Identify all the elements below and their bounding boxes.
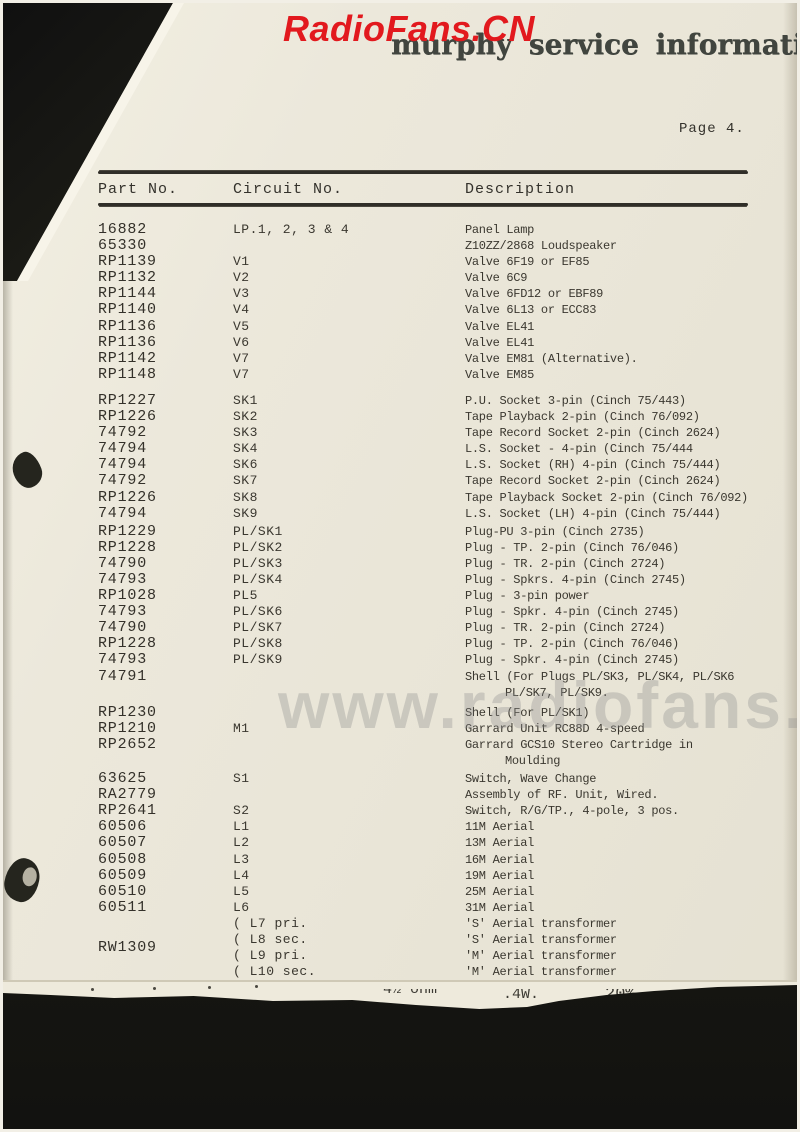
table-row: ( L9 pri.'M' Aerial transformer	[98, 948, 778, 964]
table-row: 74793PL/SK4Plug - Spkrs. 4-pin (Cinch 27…	[98, 572, 778, 588]
part-no-cell: RP1132	[98, 270, 228, 286]
description-cell: Tape Record Socket 2-pin (Cinch 2624)	[465, 425, 765, 441]
description-cell: 'M' Aerial transformer	[465, 964, 765, 980]
part-no-cell: 74790	[98, 620, 228, 636]
description-cell: Switch, R/G/TP., 4-pole, 3 pos.	[465, 803, 765, 819]
table-row: RP1136V6Valve EL41	[98, 335, 778, 351]
circuit-no-cell: PL/SK8	[233, 636, 458, 652]
part-no-cell: 74793	[98, 652, 228, 668]
table-row: RP1226SK2Tape Playback 2-pin (Cinch 76/0…	[98, 409, 778, 425]
table-row: RA2779Assembly of RF. Unit, Wired.	[98, 787, 778, 803]
part-no-cell: 74793	[98, 604, 228, 620]
description-cell: Valve EL41	[465, 319, 765, 335]
table-row: 74792SK3Tape Record Socket 2-pin (Cinch …	[98, 425, 778, 441]
description-cell: L.S. Socket (LH) 4-pin (Cinch 75/444)	[465, 506, 765, 522]
part-no-cell: RP1226	[98, 490, 228, 506]
circuit-no-cell: ( L9 pri.	[233, 948, 458, 964]
table-row: 16882LP.1, 2, 3 & 4Panel Lamp	[98, 222, 778, 238]
description-cell: P.U. Socket 3-pin (Cinch 75/443)	[465, 393, 765, 409]
part-no-cell: RP2641	[98, 803, 228, 819]
part-no-cell: 74792	[98, 473, 228, 489]
circuit-no-cell: V7	[233, 367, 458, 383]
circuit-no-cell: M1	[233, 721, 458, 737]
circuit-no-cell: SK9	[233, 506, 458, 522]
table-row: RP1142V7Valve EM81 (Alternative).	[98, 351, 778, 367]
table-row: RP1230Shell (For PL/SK1)	[98, 705, 778, 721]
description-cell: Plug - Spkrs. 4-pin (Cinch 2745)	[465, 572, 765, 588]
description-cell: Valve EL41	[465, 335, 765, 351]
part-no-cell: RP1148	[98, 367, 228, 383]
circuit-no-cell: PL/SK6	[233, 604, 458, 620]
table-row: RP1139V1Valve 6F19 or EF85	[98, 254, 778, 270]
description-cell: 13M Aerial	[465, 835, 765, 851]
description-cell: Plug - TR. 2-pin (Cinch 2724)	[465, 620, 765, 636]
table-row: 60509L419M Aerial	[98, 868, 778, 884]
description-cell: 31M Aerial	[465, 900, 765, 916]
part-no-cell: RP1226	[98, 409, 228, 425]
part-no-cell: RP1228	[98, 636, 228, 652]
description-cell: Plug - 3-pin power	[465, 588, 765, 604]
table-header-rule	[98, 203, 748, 206]
part-no-cell: 74791	[98, 669, 228, 685]
description-cell: Valve EM81 (Alternative).	[465, 351, 765, 367]
part-no-cell: 60507	[98, 835, 228, 851]
circuit-no-cell: PL/SK4	[233, 572, 458, 588]
part-no-cell: 60509	[98, 868, 228, 884]
description-cell: Valve 6L13 or ECC83	[465, 302, 765, 318]
description-cell: Plug - Spkr. 4-pin (Cinch 2745)	[465, 652, 765, 668]
circuit-no-cell: L1	[233, 819, 458, 835]
table-row: 65330Z10ZZ/2868 Loudspeaker	[98, 238, 778, 254]
circuit-no-cell: ( L7 pri.	[233, 916, 458, 932]
part-no-cell: RP1210	[98, 721, 228, 737]
description-cell: Garrard GCS10 Stereo Cartridge in	[465, 737, 765, 753]
part-no-cell: RP1144	[98, 286, 228, 302]
table-row: 74794SK9L.S. Socket (LH) 4-pin (Cinch 75…	[98, 506, 778, 522]
description-cell: Assembly of RF. Unit, Wired.	[465, 787, 765, 803]
table-row: 74793PL/SK9Plug - Spkr. 4-pin (Cinch 274…	[98, 652, 778, 668]
description-cell: Tape Playback 2-pin (Cinch 76/092)	[465, 409, 765, 425]
speck	[255, 985, 258, 988]
table-row: RP1229PL/SK1Plug-PU 3-pin (Cinch 2735)	[98, 524, 778, 540]
description-cell: Valve 6FD12 or EBF89	[465, 286, 765, 302]
partial-value-ohm: 4½ ohm	[383, 989, 437, 998]
table-row: 74790PL/SK3Plug - TR. 2-pin (Cinch 2724)	[98, 556, 778, 572]
part-no-cell: 74792	[98, 425, 228, 441]
circuit-no-cell: V4	[233, 302, 458, 318]
description-cell: Switch, Wave Change	[465, 771, 765, 787]
circuit-no-cell: PL5	[233, 588, 458, 604]
table-row: RP1228PL/SK2Plug - TP. 2-pin (Cinch 76/0…	[98, 540, 778, 556]
part-no-cell: 60508	[98, 852, 228, 868]
table-row: 74792SK7Tape Record Socket 2-pin (Cinch …	[98, 473, 778, 489]
table-row: RP2652Garrard GCS10 Stereo Cartridge in	[98, 737, 778, 753]
table-row: 74794SK6L.S. Socket (RH) 4-pin (Cinch 75…	[98, 457, 778, 473]
part-no-cell: 74794	[98, 457, 228, 473]
table-row: ( L10 sec.'M' Aerial transformer	[98, 964, 778, 980]
part-no-cell: 74793	[98, 572, 228, 588]
part-no-cell: 63625	[98, 771, 228, 787]
part-no-cell: 74794	[98, 506, 228, 522]
circuit-no-cell: S2	[233, 803, 458, 819]
table-row: ( L7 pri.'S' Aerial transformer	[98, 916, 778, 932]
circuit-no-cell: LP.1, 2, 3 & 4	[233, 222, 458, 238]
circuit-no-cell: V1	[233, 254, 458, 270]
hole-punch-top	[8, 448, 47, 491]
description-cell: Plug - TP. 2-pin (Cinch 76/046)	[465, 636, 765, 652]
circuit-no-cell: PL/SK1	[233, 524, 458, 540]
table-row: RP1136V5Valve EL41	[98, 319, 778, 335]
circuit-no-cell: ( L8 sec.	[233, 932, 458, 948]
part-no-cell: 74794	[98, 441, 228, 457]
description-cell: 11M Aerial	[465, 819, 765, 835]
table-row: RP1140V4Valve 6L13 or ECC83	[98, 302, 778, 318]
part-no-cell: 74790	[98, 556, 228, 572]
table-row: RP1210M1Garrard Unit RC88D 4-speed	[98, 721, 778, 737]
circuit-no-cell: SK7	[233, 473, 458, 489]
circuit-no-cell: V5	[233, 319, 458, 335]
table-row: 60506L111M Aerial	[98, 819, 778, 835]
part-no-cell: RP1229	[98, 524, 228, 540]
table-row: RP1144V3Valve 6FD12 or EBF89	[98, 286, 778, 302]
circuit-no-cell: S1	[233, 771, 458, 787]
table-row: 74794SK4L.S. Socket - 4-pin (Cinch 75/44…	[98, 441, 778, 457]
table-row: 60511L631M Aerial	[98, 900, 778, 916]
description-cell: Z10ZZ/2868 Loudspeaker	[465, 238, 765, 254]
table-row: RP1228PL/SK8Plug - TP. 2-pin (Cinch 76/0…	[98, 636, 778, 652]
circuit-no-cell: SK1	[233, 393, 458, 409]
table-row: 74790PL/SK7Plug - TR. 2-pin (Cinch 2724)	[98, 620, 778, 636]
table-row: 74793PL/SK6Plug - Spkr. 4-pin (Cinch 274…	[98, 604, 778, 620]
table-row: 74791Shell (For Plugs PL/SK3, PL/SK4, PL…	[98, 669, 778, 685]
part-no-cell: 60506	[98, 819, 228, 835]
table-row: RP2641S2Switch, R/G/TP., 4-pole, 3 pos.	[98, 803, 778, 819]
description-cell: 'S' Aerial transformer	[465, 932, 765, 948]
circuit-no-cell: PL/SK2	[233, 540, 458, 556]
circuit-no-cell: V6	[233, 335, 458, 351]
circuit-no-cell: V3	[233, 286, 458, 302]
column-header-part-no: Part No.	[98, 181, 178, 198]
part-no-cell: 60510	[98, 884, 228, 900]
part-no-cell: RP1228	[98, 540, 228, 556]
description-cell: 'S' Aerial transformer	[465, 916, 765, 932]
scan-bottom-background	[3, 985, 797, 1132]
circuit-no-cell: ( L10 sec.	[233, 964, 458, 980]
circuit-no-cell: SK6	[233, 457, 458, 473]
description-cell: L.S. Socket (RH) 4-pin (Cinch 75/444)	[465, 457, 765, 473]
table-row: Moulding	[98, 753, 778, 769]
circuit-no-cell: PL/SK9	[233, 652, 458, 668]
description-cell: 19M Aerial	[465, 868, 765, 884]
table-top-rule	[98, 171, 748, 174]
part-no-cell: RP1136	[98, 319, 228, 335]
table-row: RP1148V7Valve EM85	[98, 367, 778, 383]
paper-right-shadow	[783, 3, 797, 993]
description-cell: PL/SK7, PL/SK9.	[465, 685, 800, 701]
table-row: RP1028PL5Plug - 3-pin power	[98, 588, 778, 604]
part-no-cell: RA2779	[98, 787, 228, 803]
description-cell: L.S. Socket - 4-pin (Cinch 75/444	[465, 441, 765, 457]
circuit-no-cell: SK8	[233, 490, 458, 506]
part-no-cell: RP2652	[98, 737, 228, 753]
part-no-cell: RP1142	[98, 351, 228, 367]
part-no-cell: 16882	[98, 222, 228, 238]
table-row: PL/SK7, PL/SK9.	[98, 685, 778, 701]
description-cell: Garrard Unit RC88D 4-speed	[465, 721, 765, 737]
circuit-no-cell: L4	[233, 868, 458, 884]
description-cell: Plug-PU 3-pin (Cinch 2735)	[465, 524, 765, 540]
description-cell: Panel Lamp	[465, 222, 765, 238]
table-row: 60508L316M Aerial	[98, 852, 778, 868]
circuit-no-cell: PL/SK7	[233, 620, 458, 636]
description-cell: Tape Record Socket 2-pin (Cinch 2624)	[465, 473, 765, 489]
description-cell: Moulding	[465, 753, 800, 769]
part-no-cell: 60511	[98, 900, 228, 916]
table-body: 16882LP.1, 2, 3 & 4Panel Lamp65330Z10ZZ/…	[98, 222, 778, 980]
table-row: RW1309( L8 sec.'S' Aerial transformer	[98, 932, 778, 948]
table-row: 60510L525M Aerial	[98, 884, 778, 900]
circuit-no-cell: SK3	[233, 425, 458, 441]
description-cell: Valve EM85	[465, 367, 765, 383]
description-cell: Valve 6C9	[465, 270, 765, 286]
table-row: RP1227SK1P.U. Socket 3-pin (Cinch 75/443…	[98, 393, 778, 409]
description-cell: 16M Aerial	[465, 852, 765, 868]
table-row: RP1132V2Valve 6C9	[98, 270, 778, 286]
description-cell: Tape Playback Socket 2-pin (Cinch 76/092…	[465, 490, 765, 506]
circuit-no-cell: L6	[233, 900, 458, 916]
description-cell: Plug - TP. 2-pin (Cinch 76/046)	[465, 540, 765, 556]
scanned-page: RadioFans.CN murphy service information …	[0, 0, 800, 1132]
table-row: 63625S1Switch, Wave Change	[98, 771, 778, 787]
part-no-cell: 65330	[98, 238, 228, 254]
page-number-label: Page 4.	[679, 121, 745, 137]
part-no-cell: RP1136	[98, 335, 228, 351]
part-no-cell: RP1227	[98, 393, 228, 409]
part-no-cell: RP1139	[98, 254, 228, 270]
circuit-no-cell: L2	[233, 835, 458, 851]
circuit-no-cell: V7	[233, 351, 458, 367]
description-cell: 25M Aerial	[465, 884, 765, 900]
circuit-no-cell: SK4	[233, 441, 458, 457]
circuit-no-cell: L3	[233, 852, 458, 868]
column-header-description: Description	[465, 181, 575, 198]
description-cell: 'M' Aerial transformer	[465, 948, 765, 964]
description-cell: Plug - TR. 2-pin (Cinch 2724)	[465, 556, 765, 572]
circuit-no-cell: L5	[233, 884, 458, 900]
description-cell: Shell (For Plugs PL/SK3, PL/SK4, PL/SK6	[465, 669, 765, 685]
table-row: RP1226SK8Tape Playback Socket 2-pin (Cin…	[98, 490, 778, 506]
description-cell: Plug - Spkr. 4-pin (Cinch 2745)	[465, 604, 765, 620]
table-row: 60507L213M Aerial	[98, 835, 778, 851]
circuit-no-cell: PL/SK3	[233, 556, 458, 572]
partial-value-wattage: .4W.	[503, 989, 539, 1003]
circuit-no-cell: V2	[233, 270, 458, 286]
part-no-cell: RP1230	[98, 705, 228, 721]
radiofans-watermark-text: RadioFans.CN	[283, 8, 535, 50]
circuit-no-cell: SK2	[233, 409, 458, 425]
column-header-circuit-no: Circuit No.	[233, 181, 343, 198]
part-no-cell: RP1028	[98, 588, 228, 604]
part-no-cell: RP1140	[98, 302, 228, 318]
description-cell: Valve 6F19 or EF85	[465, 254, 765, 270]
description-cell: Shell (For PL/SK1)	[465, 705, 765, 721]
